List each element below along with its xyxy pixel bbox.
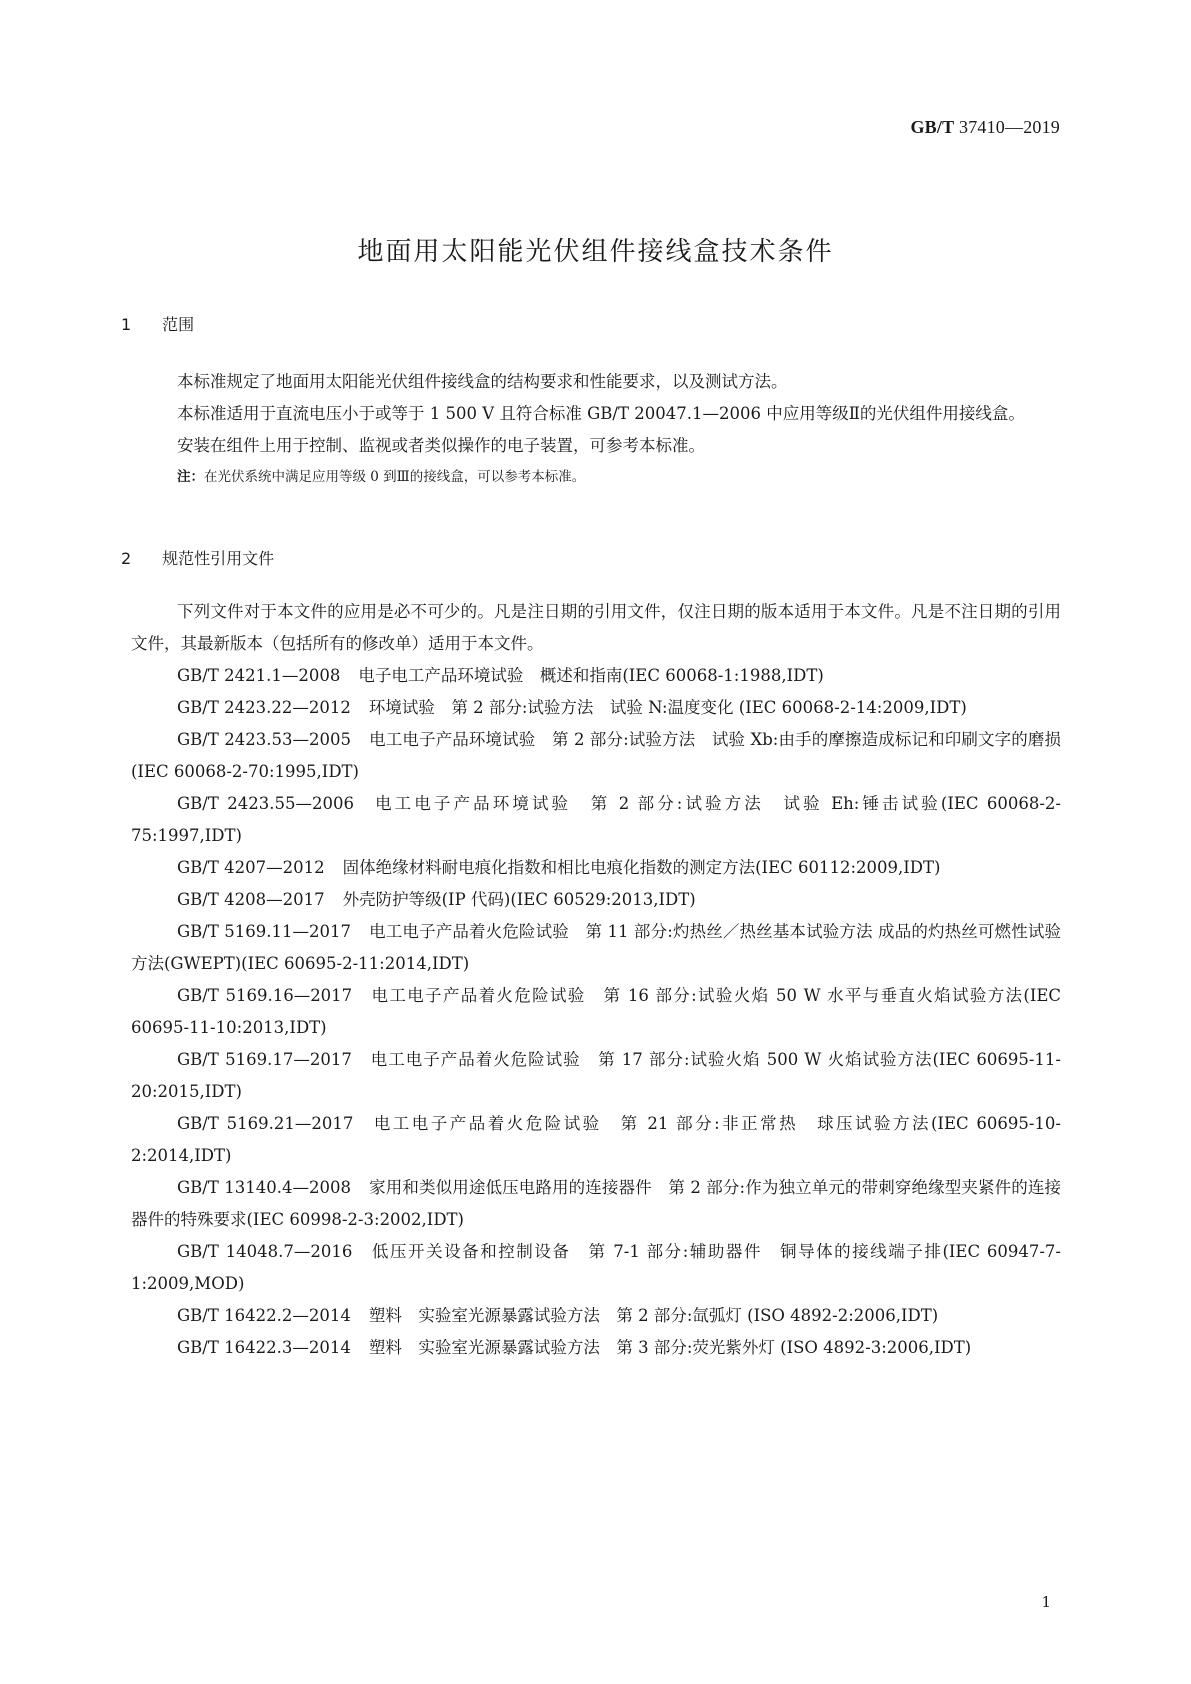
reference-item: GB/T 16422.2—2014塑料 实验室光源暴露试验方法 第 2 部分:氙… — [131, 1300, 1061, 1332]
reference-title: 外壳防护等级(IP 代码)(IEC 60529:2013,IDT) — [343, 890, 696, 909]
intro-paragraph: 下列文件对于本文件的应用是必不可少的。凡是注日期的引用文件，仅注日期的版本适用于… — [131, 596, 1061, 660]
reference-code: GB/T 5169.11—2017 — [177, 922, 351, 941]
standard-number: GB/T 37410—2019 — [910, 117, 1060, 138]
reference-title: 环境试验 第 2 部分:试验方法 试验 N:温度变化 (IEC 60068-2-… — [369, 698, 967, 717]
reference-code: GB/T 2423.53—2005 — [177, 730, 351, 749]
reference-title: 塑料 实验室光源暴露试验方法 第 3 部分:荧光紫外灯 (ISO 4892-3:… — [369, 1338, 971, 1357]
section-title: 规范性引用文件 — [162, 549, 274, 568]
reference-code: GB/T 2423.22—2012 — [177, 698, 351, 717]
reference-code: GB/T 16422.2—2014 — [177, 1306, 351, 1325]
section-number: 2 — [121, 549, 157, 568]
section-title: 范围 — [162, 315, 194, 334]
reference-item: GB/T 4207—2012固体绝缘材料耐电痕化指数和相比电痕化指数的测定方法(… — [131, 852, 1061, 884]
reference-item: GB/T 2421.1—2008电子电工产品环境试验 概述和指南(IEC 600… — [131, 660, 1061, 692]
reference-code: GB/T 14048.7—2016 — [177, 1242, 352, 1261]
section-2-body: 下列文件对于本文件的应用是必不可少的。凡是注日期的引用文件，仅注日期的版本适用于… — [131, 596, 1061, 1364]
reference-item: GB/T 2423.22—2012环境试验 第 2 部分:试验方法 试验 N:温… — [131, 692, 1061, 724]
reference-item: GB/T 2423.55—2006电工电子产品环境试验 第 2 部分:试验方法 … — [131, 788, 1061, 852]
reference-item: GB/T 4208—2017外壳防护等级(IP 代码)(IEC 60529:20… — [131, 884, 1061, 916]
document-title: 地面用太阳能光伏组件接线盒技术条件 — [0, 231, 1191, 268]
reference-code: GB/T 13140.4—2008 — [177, 1178, 351, 1197]
paragraph: 本标准规定了地面用太阳能光伏组件接线盒的结构要求和性能要求，以及测试方法。 — [131, 366, 1061, 398]
reference-code: GB/T 4207—2012 — [177, 858, 325, 877]
section-2-heading: 2 规范性引用文件 — [121, 546, 274, 569]
reference-item: GB/T 5169.21—2017电工电子产品着火危险试验 第 21 部分:非正… — [131, 1108, 1061, 1172]
reference-title: 固体绝缘材料耐电痕化指数和相比电痕化指数的测定方法(IEC 60112:2009… — [343, 858, 941, 877]
reference-item: GB/T 14048.7—2016低压开关设备和控制设备 第 7-1 部分:辅助… — [131, 1236, 1061, 1300]
note-label: 注： — [177, 469, 204, 485]
page-number: 1 — [1041, 1593, 1051, 1611]
reference-code: GB/T 2421.1—2008 — [177, 666, 340, 685]
reference-code: GB/T 4208—2017 — [177, 890, 325, 909]
reference-title: 电子电工产品环境试验 概述和指南(IEC 60068-1:1988,IDT) — [358, 666, 823, 685]
reference-code: GB/T 16422.3—2014 — [177, 1338, 351, 1357]
section-1-body: 本标准规定了地面用太阳能光伏组件接线盒的结构要求和性能要求，以及测试方法。 本标… — [131, 366, 1061, 492]
note-text: 在光伏系统中满足应用等级 0 到Ⅲ的接线盒，可以参考本标准。 — [204, 469, 585, 485]
reference-list: GB/T 2421.1—2008电子电工产品环境试验 概述和指南(IEC 600… — [131, 660, 1061, 1364]
standard-code: 37410—2019 — [959, 117, 1060, 137]
reference-code: GB/T 5169.17—2017 — [177, 1050, 352, 1069]
reference-code: GB/T 5169.21—2017 — [177, 1114, 353, 1133]
reference-item: GB/T 5169.17—2017电工电子产品着火危险试验 第 17 部分:试验… — [131, 1044, 1061, 1108]
reference-item: GB/T 2423.53—2005电工电子产品环境试验 第 2 部分:试验方法 … — [131, 724, 1061, 788]
reference-code: GB/T 2423.55—2006 — [177, 794, 354, 813]
reference-title: 塑料 实验室光源暴露试验方法 第 2 部分:氙弧灯 (ISO 4892-2:20… — [369, 1306, 938, 1325]
section-1-heading: 1 范围 — [121, 312, 194, 335]
reference-item: GB/T 16422.3—2014塑料 实验室光源暴露试验方法 第 3 部分:荧… — [131, 1332, 1061, 1364]
standard-prefix: GB/T — [910, 117, 954, 137]
section-number: 1 — [121, 315, 157, 334]
paragraph: 安装在组件上用于控制、监视或者类似操作的电子装置，可参考本标准。 — [131, 430, 1061, 462]
paragraph: 本标准适用于直流电压小于或等于 1 500 V 且符合标准 GB/T 20047… — [131, 398, 1061, 430]
note: 注：在光伏系统中满足应用等级 0 到Ⅲ的接线盒，可以参考本标准。 — [131, 462, 1061, 492]
reference-item: GB/T 13140.4—2008家用和类似用途低压电路用的连接器件 第 2 部… — [131, 1172, 1061, 1236]
reference-item: GB/T 5169.11—2017电工电子产品着火危险试验 第 11 部分:灼热… — [131, 916, 1061, 980]
reference-code: GB/T 5169.16—2017 — [177, 986, 352, 1005]
reference-item: GB/T 5169.16—2017电工电子产品着火危险试验 第 16 部分:试验… — [131, 980, 1061, 1044]
